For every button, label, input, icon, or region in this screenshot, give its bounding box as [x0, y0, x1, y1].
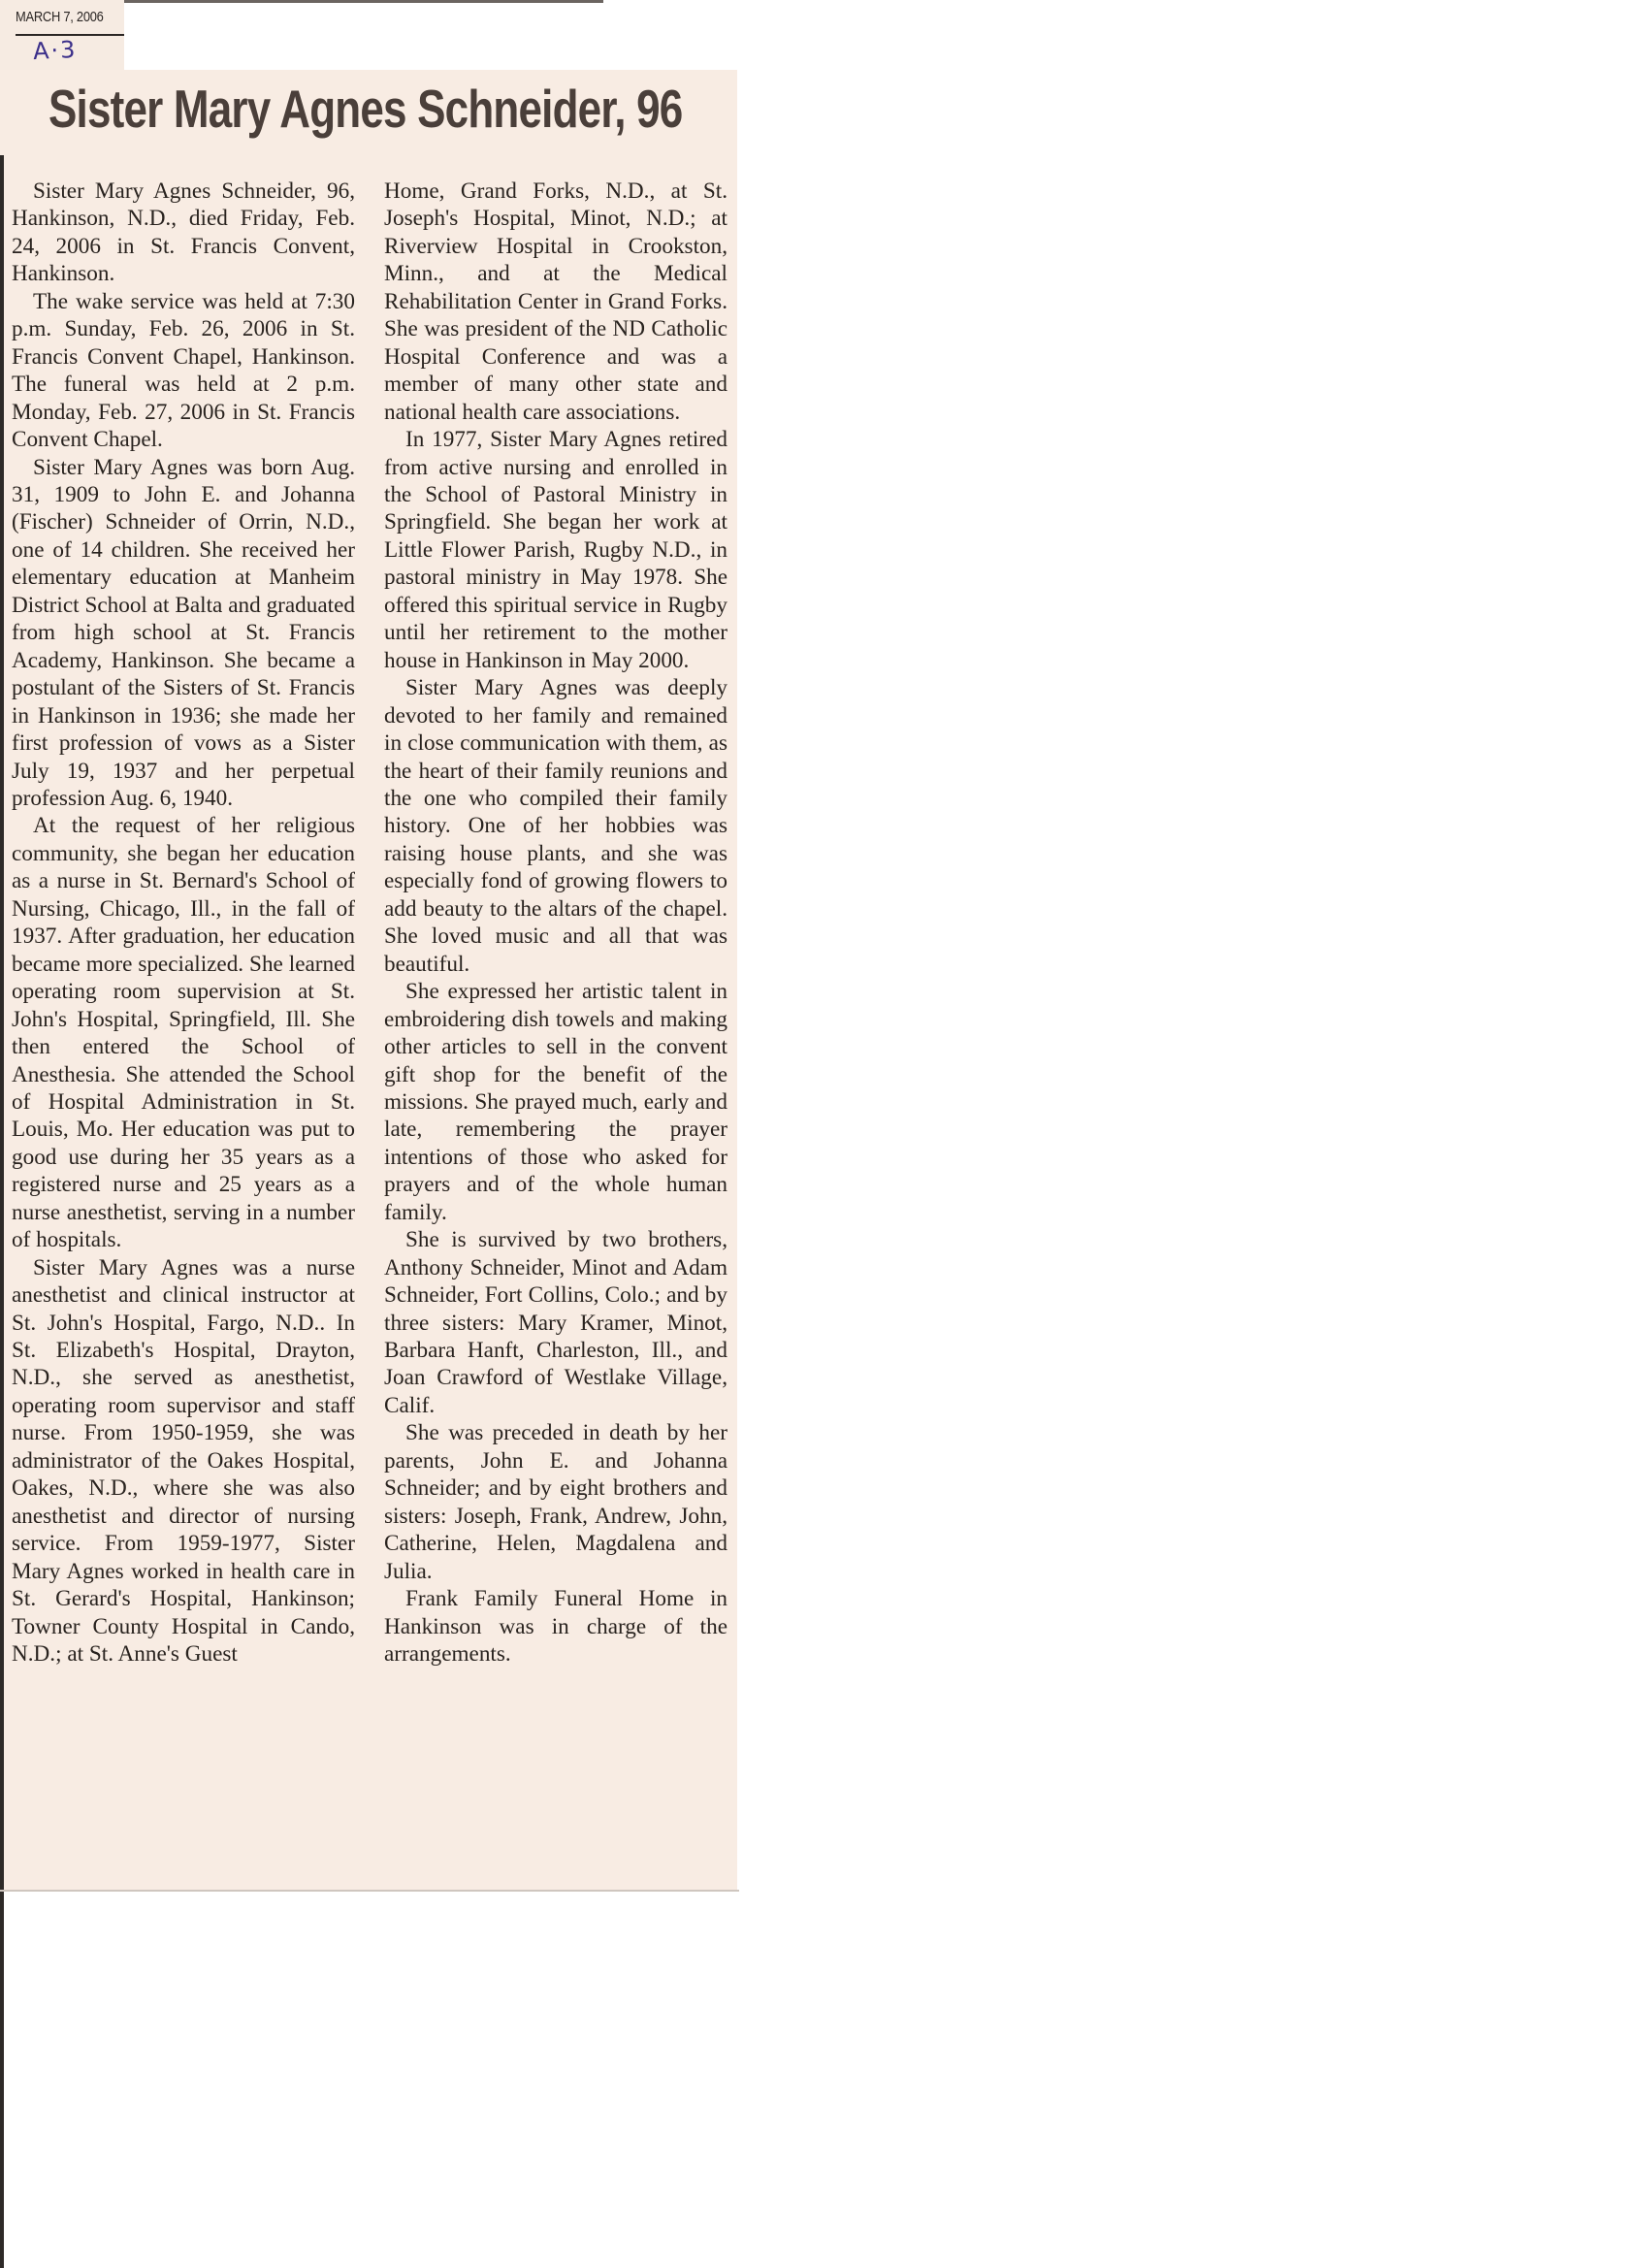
article-column-left: Sister Mary Agnes Schneider, 96, Hankins… — [12, 178, 355, 1668]
handwritten-page-mark: A·3 — [32, 36, 78, 65]
paragraph: The wake service was held at 7:30 p.m. S… — [12, 288, 355, 454]
paragraph: Sister Mary Agnes was a nurse anesthetis… — [12, 1254, 355, 1669]
article-column-right: Home, Grand Forks, N.D., at St. Joseph's… — [384, 178, 727, 1668]
clipping-bottom-edge — [0, 1890, 739, 1892]
paragraph: Sister Mary Agnes was deeply devoted to … — [384, 674, 727, 978]
scanner-top-edge — [123, 0, 603, 3]
paragraph: Frank Family Funeral Home in Hankinson w… — [384, 1585, 727, 1668]
scan-left-edge — [0, 155, 4, 2268]
publication-date: MARCH 7, 2006 — [16, 9, 104, 25]
paragraph-continued: Home, Grand Forks, N.D., at St. Joseph's… — [384, 178, 727, 426]
paragraph: Sister Mary Agnes was born Aug. 31, 1909… — [12, 454, 355, 813]
paragraph: In 1977, Sister Mary Agnes retired from … — [384, 426, 727, 674]
paragraph: She is survived by two brothers, Anthony… — [384, 1226, 727, 1419]
paragraph: She was preceded in death by her parents… — [384, 1419, 727, 1585]
paragraph: Sister Mary Agnes Schneider, 96, Hankins… — [12, 178, 355, 288]
paragraph: At the request of her religious communit… — [12, 812, 355, 1253]
date-clipping: MARCH 7, 2006 A·3 — [0, 0, 124, 72]
paragraph: She expressed her artistic talent in emb… — [384, 978, 727, 1226]
obituary-headline: Sister Mary Agnes Schneider, 96 — [48, 78, 682, 140]
